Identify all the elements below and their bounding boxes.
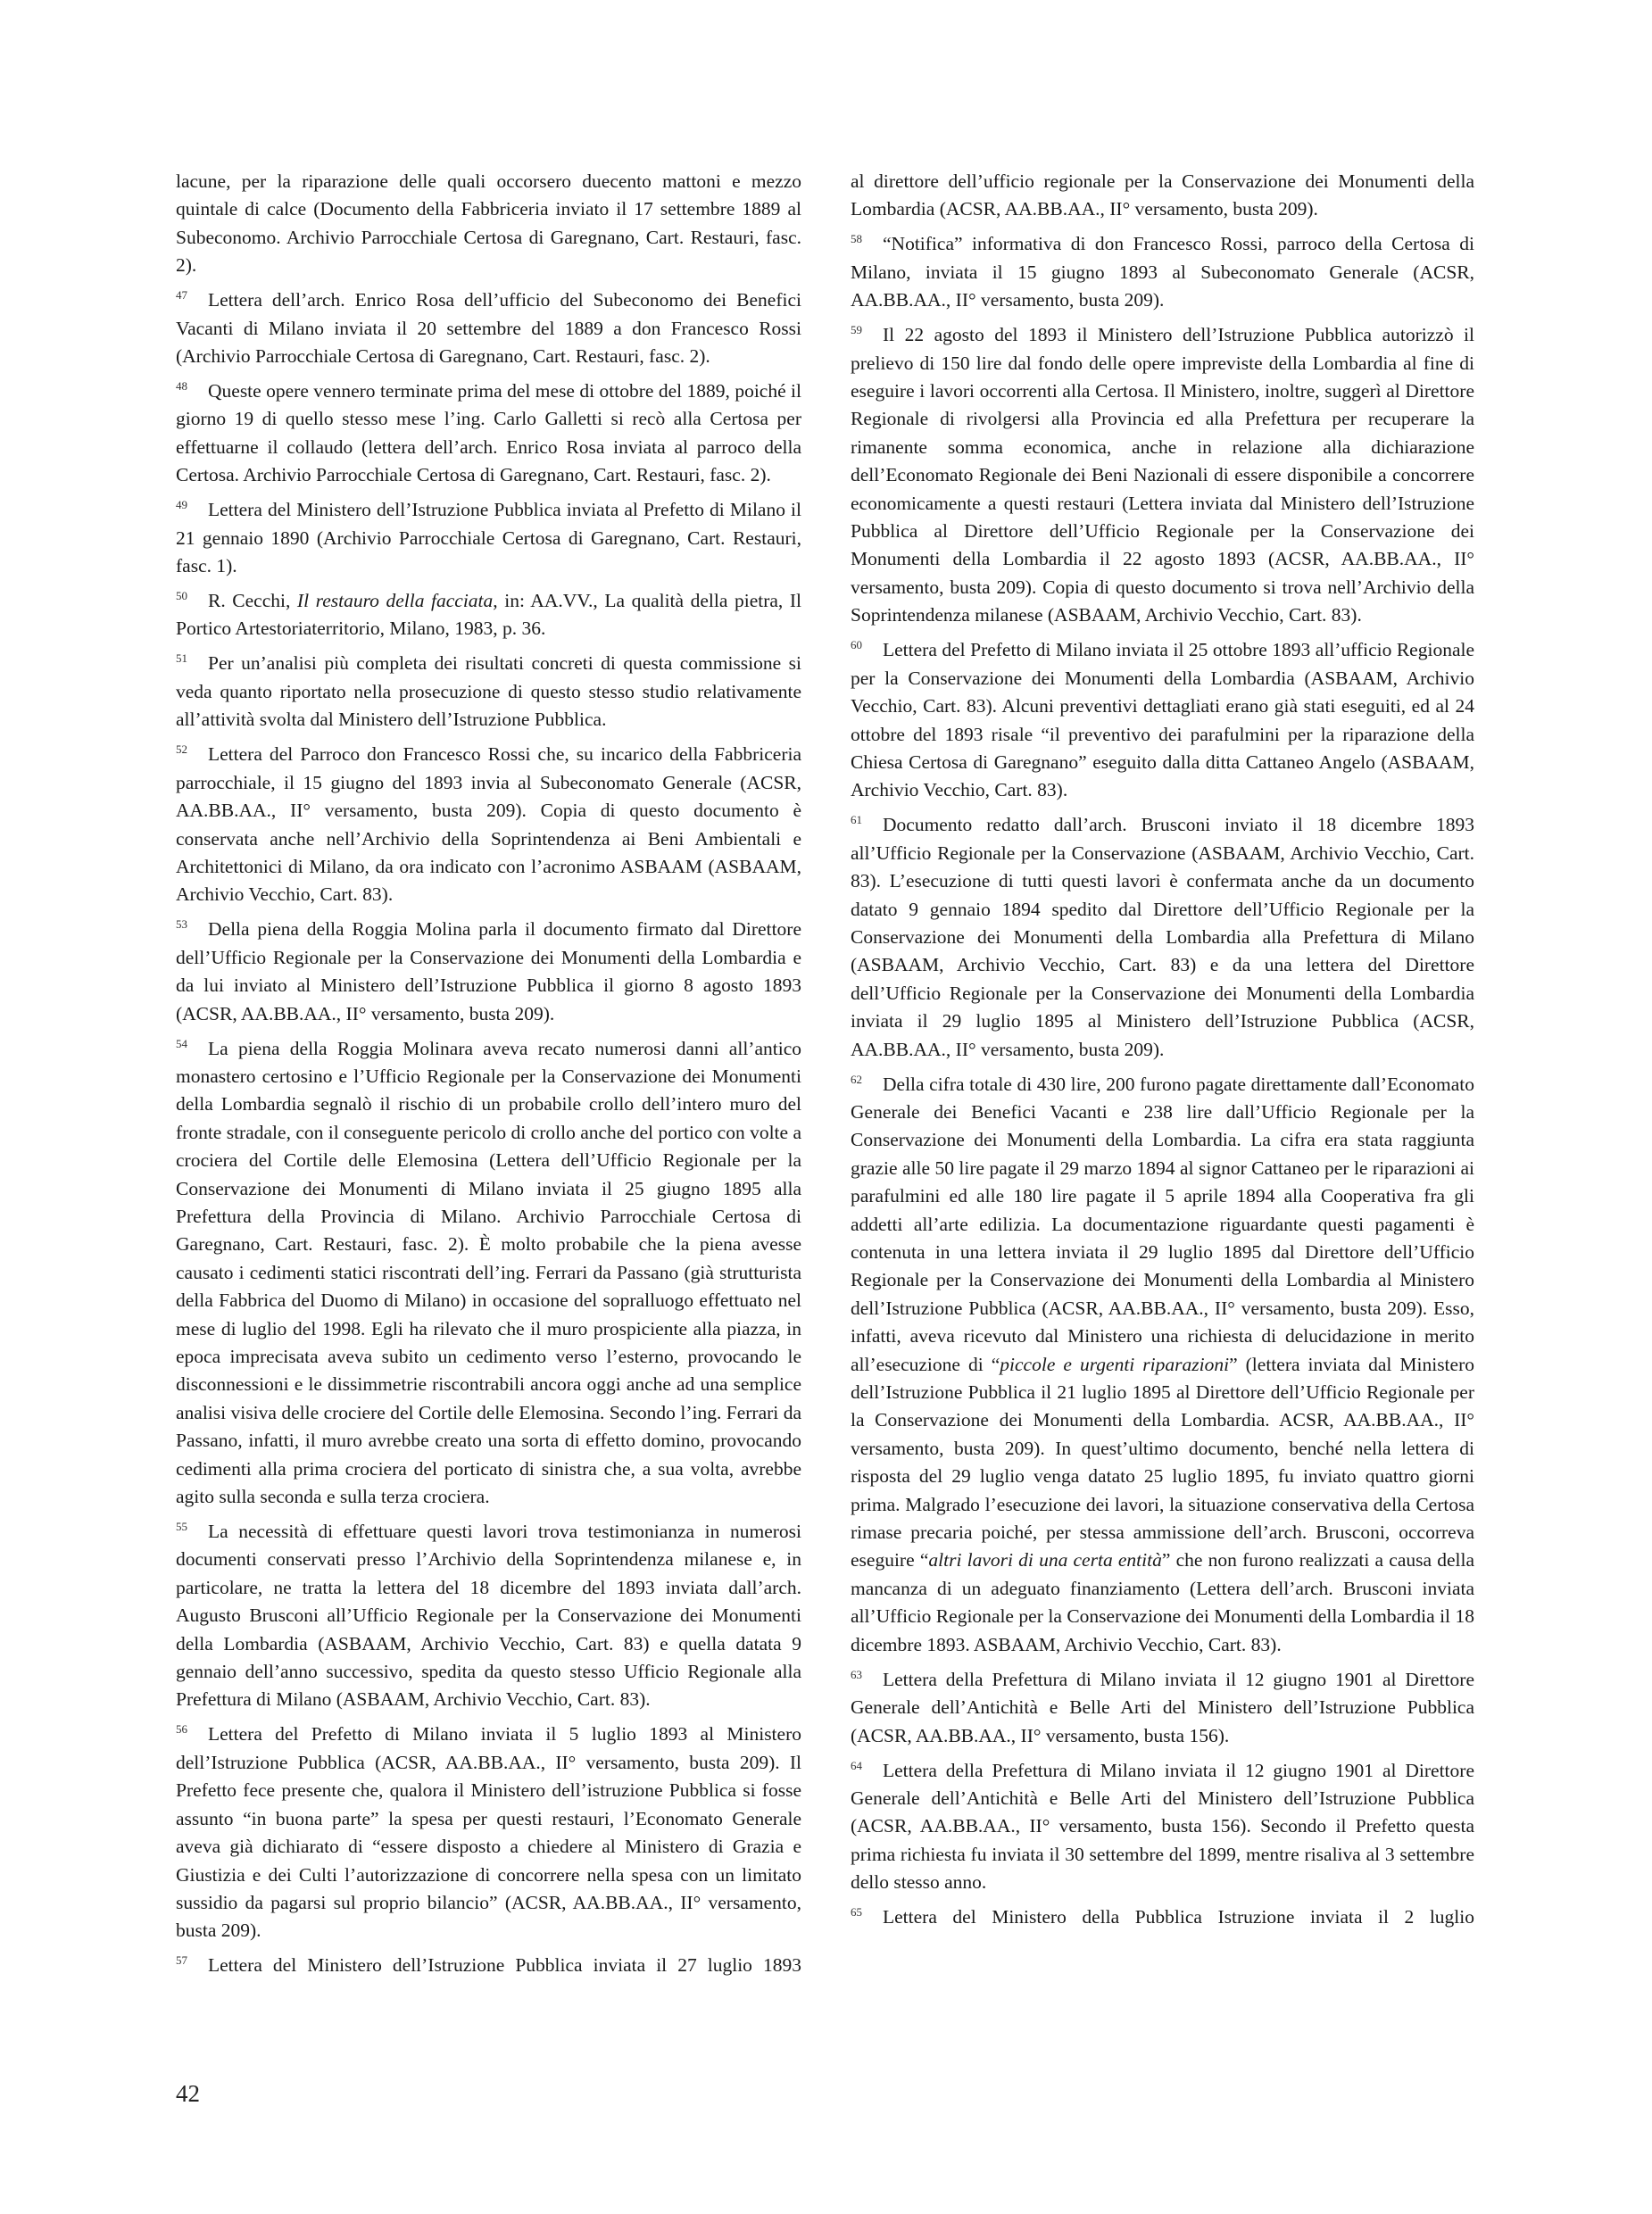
- footnote-text: Lettera del Prefetto di Milano inviata i…: [851, 639, 1474, 800]
- footnote-text: lacune, per la riparazione delle quali o…: [176, 170, 801, 276]
- footnote-number: 60: [851, 639, 883, 651]
- footnote-65: 65Lettera del Ministero della Pubblica I…: [851, 1903, 1474, 1931]
- footnote-text: Lettera della Prefettura di Milano invia…: [851, 1760, 1474, 1894]
- footnote-text: “Notifica” informativa di don Francesco …: [851, 233, 1474, 311]
- footnote-number: 56: [176, 1723, 208, 1735]
- footnote-55: 55La necessità di effettuare questi lavo…: [176, 1518, 801, 1714]
- footnote-number: 64: [851, 1760, 883, 1771]
- footnote-text: Lettera del Ministero dell’Istruzione Pu…: [208, 1954, 801, 1976]
- footnote-number: 63: [851, 1669, 883, 1680]
- footnote-63: 63Lettera della Prefettura di Milano inv…: [851, 1666, 1474, 1750]
- footnote-number: 62: [851, 1074, 883, 1085]
- footnote-text: Queste opere vennero terminate prima del…: [176, 380, 801, 485]
- footnote-57: 57Lettera del Ministero dell’Istruzione …: [176, 1952, 801, 1979]
- footnote-59: 59Il 22 agosto del 1893 il Ministero del…: [851, 321, 1474, 629]
- footnote-48: 48Queste opere vennero terminate prima d…: [176, 377, 801, 490]
- footnote-text: Lettera del Prefetto di Milano inviata i…: [176, 1723, 801, 1941]
- footnote-number: 58: [851, 233, 883, 245]
- footnote-continuation: al direttore dell’ufficio regionale per …: [851, 168, 1474, 224]
- footnote-text: Lettera del Parroco don Francesco Rossi …: [176, 743, 801, 905]
- footnote-number: 59: [851, 324, 883, 336]
- footnote-51: 51Per un’analisi più completa dei risult…: [176, 650, 801, 734]
- footnote-text: Della piena della Roggia Molina parla il…: [176, 918, 801, 1024]
- footnote-text: Lettera dell’arch. Enrico Rosa dell’uffi…: [176, 289, 801, 367]
- footnote-61: 61Documento redatto dall’arch. Brusconi …: [851, 811, 1474, 1064]
- footnote-text: Lettera del Ministero dell’Istruzione Pu…: [176, 499, 801, 576]
- document-page: lacune, per la riparazione delle quali o…: [0, 0, 1652, 2214]
- footnote-text: La necessità di effettuare questi lavori…: [176, 1521, 801, 1710]
- book-title-italic: Il restauro della facciata: [297, 590, 493, 611]
- footnote-text: Della cifra totale di 430 lire, 200 furo…: [851, 1074, 1474, 1375]
- footnote-text: La piena della Roggia Molinara aveva rec…: [176, 1038, 801, 1508]
- footnote-text: R. Cecchi,: [208, 590, 297, 611]
- footnote-62: 62Della cifra totale di 430 lire, 200 fu…: [851, 1071, 1474, 1660]
- footnote-50: 50R. Cecchi, Il restauro della facciata,…: [176, 587, 801, 643]
- footnote-52: 52Lettera del Parroco don Francesco Ross…: [176, 741, 801, 908]
- footnotes-column-left: lacune, per la riparazione delle quali o…: [176, 168, 801, 1986]
- footnote-text: Per un’analisi più completa dei risultat…: [176, 652, 801, 730]
- footnote-number: 65: [851, 1906, 883, 1918]
- footnote-60: 60Lettera del Prefetto di Milano inviata…: [851, 636, 1474, 804]
- footnote-53: 53Della piena della Roggia Molina parla …: [176, 916, 801, 1028]
- footnotes-column-right: al direttore dell’ufficio regionale per …: [851, 168, 1474, 1938]
- footnote-number: 51: [176, 652, 208, 664]
- footnote-number: 54: [176, 1038, 208, 1049]
- footnote-number: 50: [176, 590, 208, 601]
- footnote-58: 58“Notifica” informativa di don Francesc…: [851, 230, 1474, 314]
- footnote-number: 47: [176, 289, 208, 301]
- footnote-text: Lettera della Prefettura di Milano invia…: [851, 1669, 1474, 1746]
- footnote-number: 52: [176, 743, 208, 755]
- footnote-number: 49: [176, 499, 208, 510]
- footnote-number: 48: [176, 380, 208, 392]
- footnote-56: 56Lettera del Prefetto di Milano inviata…: [176, 1721, 801, 1945]
- quoted-phrase-italic: piccole e urgenti riparazioni: [1000, 1354, 1229, 1375]
- footnote-64: 64Lettera della Prefettura di Milano inv…: [851, 1757, 1474, 1897]
- footnote-text: al direttore dell’ufficio regionale per …: [851, 170, 1474, 220]
- page-number: 42: [176, 2076, 200, 2111]
- footnote-number: 57: [176, 1954, 208, 1966]
- footnote-text: Lettera del Ministero della Pubblica Ist…: [883, 1906, 1474, 1928]
- footnote-continuation: lacune, per la riparazione delle quali o…: [176, 168, 801, 280]
- quoted-phrase-italic: altri lavori di una certa entità: [928, 1549, 1161, 1571]
- footnote-text: ” (lettera inviata dal Ministero dell’Is…: [851, 1354, 1474, 1571]
- footnote-number: 61: [851, 814, 883, 825]
- footnote-text: Il 22 agosto del 1893 il Ministero dell’…: [851, 324, 1474, 626]
- footnote-54: 54La piena della Roggia Molinara aveva r…: [176, 1035, 801, 1512]
- footnote-49: 49Lettera del Ministero dell’Istruzione …: [176, 496, 801, 580]
- footnote-number: 53: [176, 918, 208, 930]
- footnote-47: 47Lettera dell’arch. Enrico Rosa dell’uf…: [176, 286, 801, 370]
- footnote-number: 55: [176, 1521, 208, 1532]
- footnote-text: Documento redatto dall’arch. Brusconi in…: [851, 814, 1474, 1059]
